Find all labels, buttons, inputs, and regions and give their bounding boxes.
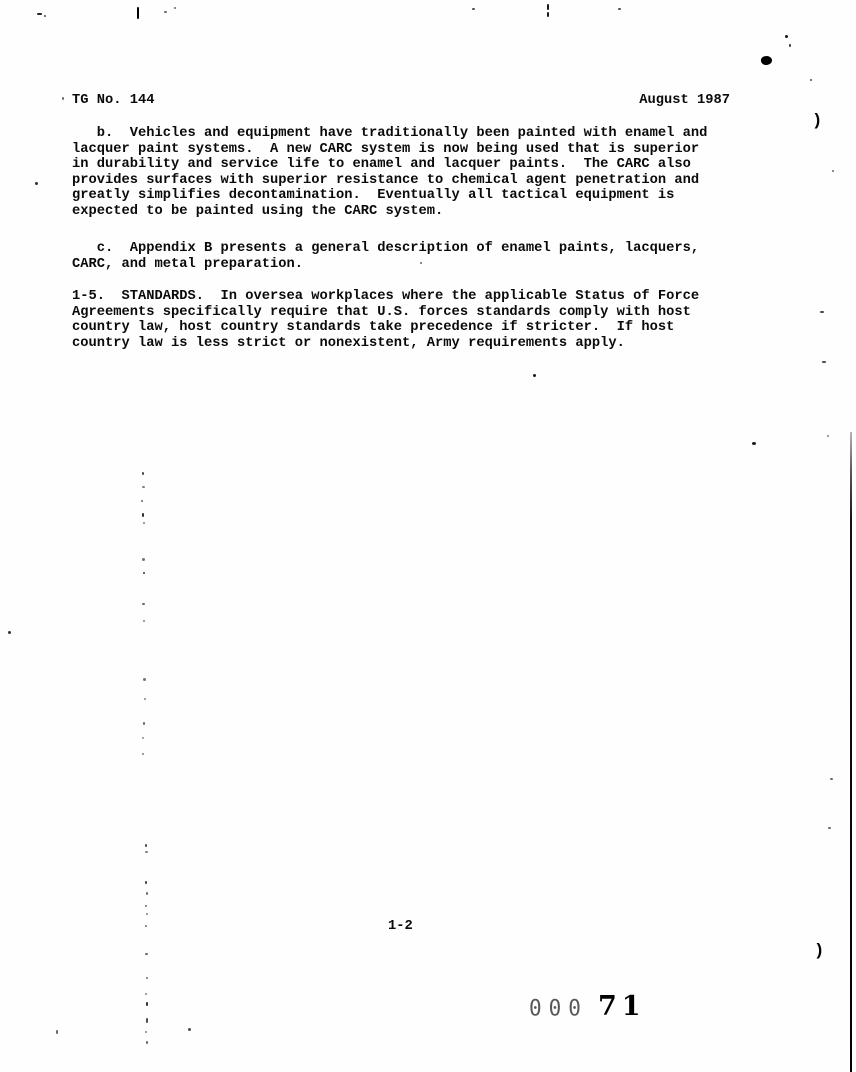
scan-speck (142, 737, 144, 739)
scan-speck (137, 7, 139, 19)
scan-speck (37, 13, 42, 15)
scan-speck (142, 513, 144, 517)
scan-speck (62, 97, 64, 100)
scan-speck (547, 12, 549, 17)
scan-speck (547, 4, 549, 10)
scan-speck (8, 631, 11, 634)
page-number: 1-2 (388, 919, 413, 935)
document-page: TG No. 144 August 1987 b. Vehicles and e… (0, 0, 856, 1072)
scan-speck (145, 844, 147, 847)
scan-speck (789, 44, 791, 47)
scan-speck (143, 572, 145, 574)
scan-speck (142, 472, 144, 475)
scan-speck (146, 913, 148, 915)
scan-speck (142, 753, 144, 755)
scan-speck (533, 374, 536, 377)
stamp-number: 000 71 (529, 999, 646, 1017)
scan-stroke: ) (812, 112, 822, 131)
scan-speck (146, 1018, 148, 1023)
scan-speck (164, 11, 167, 13)
scan-speck (141, 500, 143, 502)
stamp-bold-digits: 71 (598, 999, 646, 1015)
scan-speck (146, 1041, 148, 1044)
scan-speck (143, 620, 145, 622)
scan-stroke: ) (814, 942, 824, 961)
scan-speck (618, 8, 621, 10)
scan-speck (146, 892, 148, 895)
scan-speck (145, 953, 148, 955)
scan-speck (35, 182, 38, 185)
scan-speck (785, 35, 788, 38)
scan-speck (142, 486, 145, 488)
scan-speck (146, 1002, 148, 1006)
doc-number: TG No. 144 (72, 93, 155, 109)
scan-speck (146, 977, 148, 979)
scan-speck (145, 925, 147, 927)
scan-speck (822, 361, 826, 363)
scan-speck (752, 442, 756, 445)
scan-speck (174, 7, 176, 9)
scan-speck (144, 698, 146, 700)
scan-speck (145, 851, 148, 853)
scan-speck (142, 603, 145, 605)
stamp-faint-digits: 000 (529, 1001, 588, 1017)
scan-speck (828, 827, 831, 829)
paragraph-1-5-standards: 1-5. STANDARDS. In oversea workplaces wh… (72, 289, 699, 351)
scan-speck (810, 79, 812, 81)
scan-speck (145, 905, 147, 907)
scan-speck (142, 558, 145, 561)
scan-speck (143, 722, 145, 725)
scan-speck (44, 15, 46, 17)
scan-edge-line (850, 432, 852, 1072)
scan-speck (143, 678, 146, 681)
doc-date: August 1987 (639, 93, 730, 109)
scan-speck (145, 993, 147, 995)
scan-speck (760, 55, 773, 66)
scan-speck (830, 778, 833, 780)
scan-speck (832, 170, 834, 172)
scan-speck (472, 8, 475, 10)
scan-speck (145, 881, 147, 884)
paragraph-c-appendix-b: c. Appendix B presents a general descrip… (72, 241, 699, 272)
scan-speck (188, 1028, 191, 1031)
scan-speck (820, 311, 824, 313)
scan-speck (143, 522, 145, 524)
paragraph-b-carc-system: b. Vehicles and equipment have tradition… (72, 126, 707, 220)
scan-speck (827, 435, 829, 437)
scan-speck (145, 1031, 147, 1033)
scan-speck (56, 1030, 58, 1034)
